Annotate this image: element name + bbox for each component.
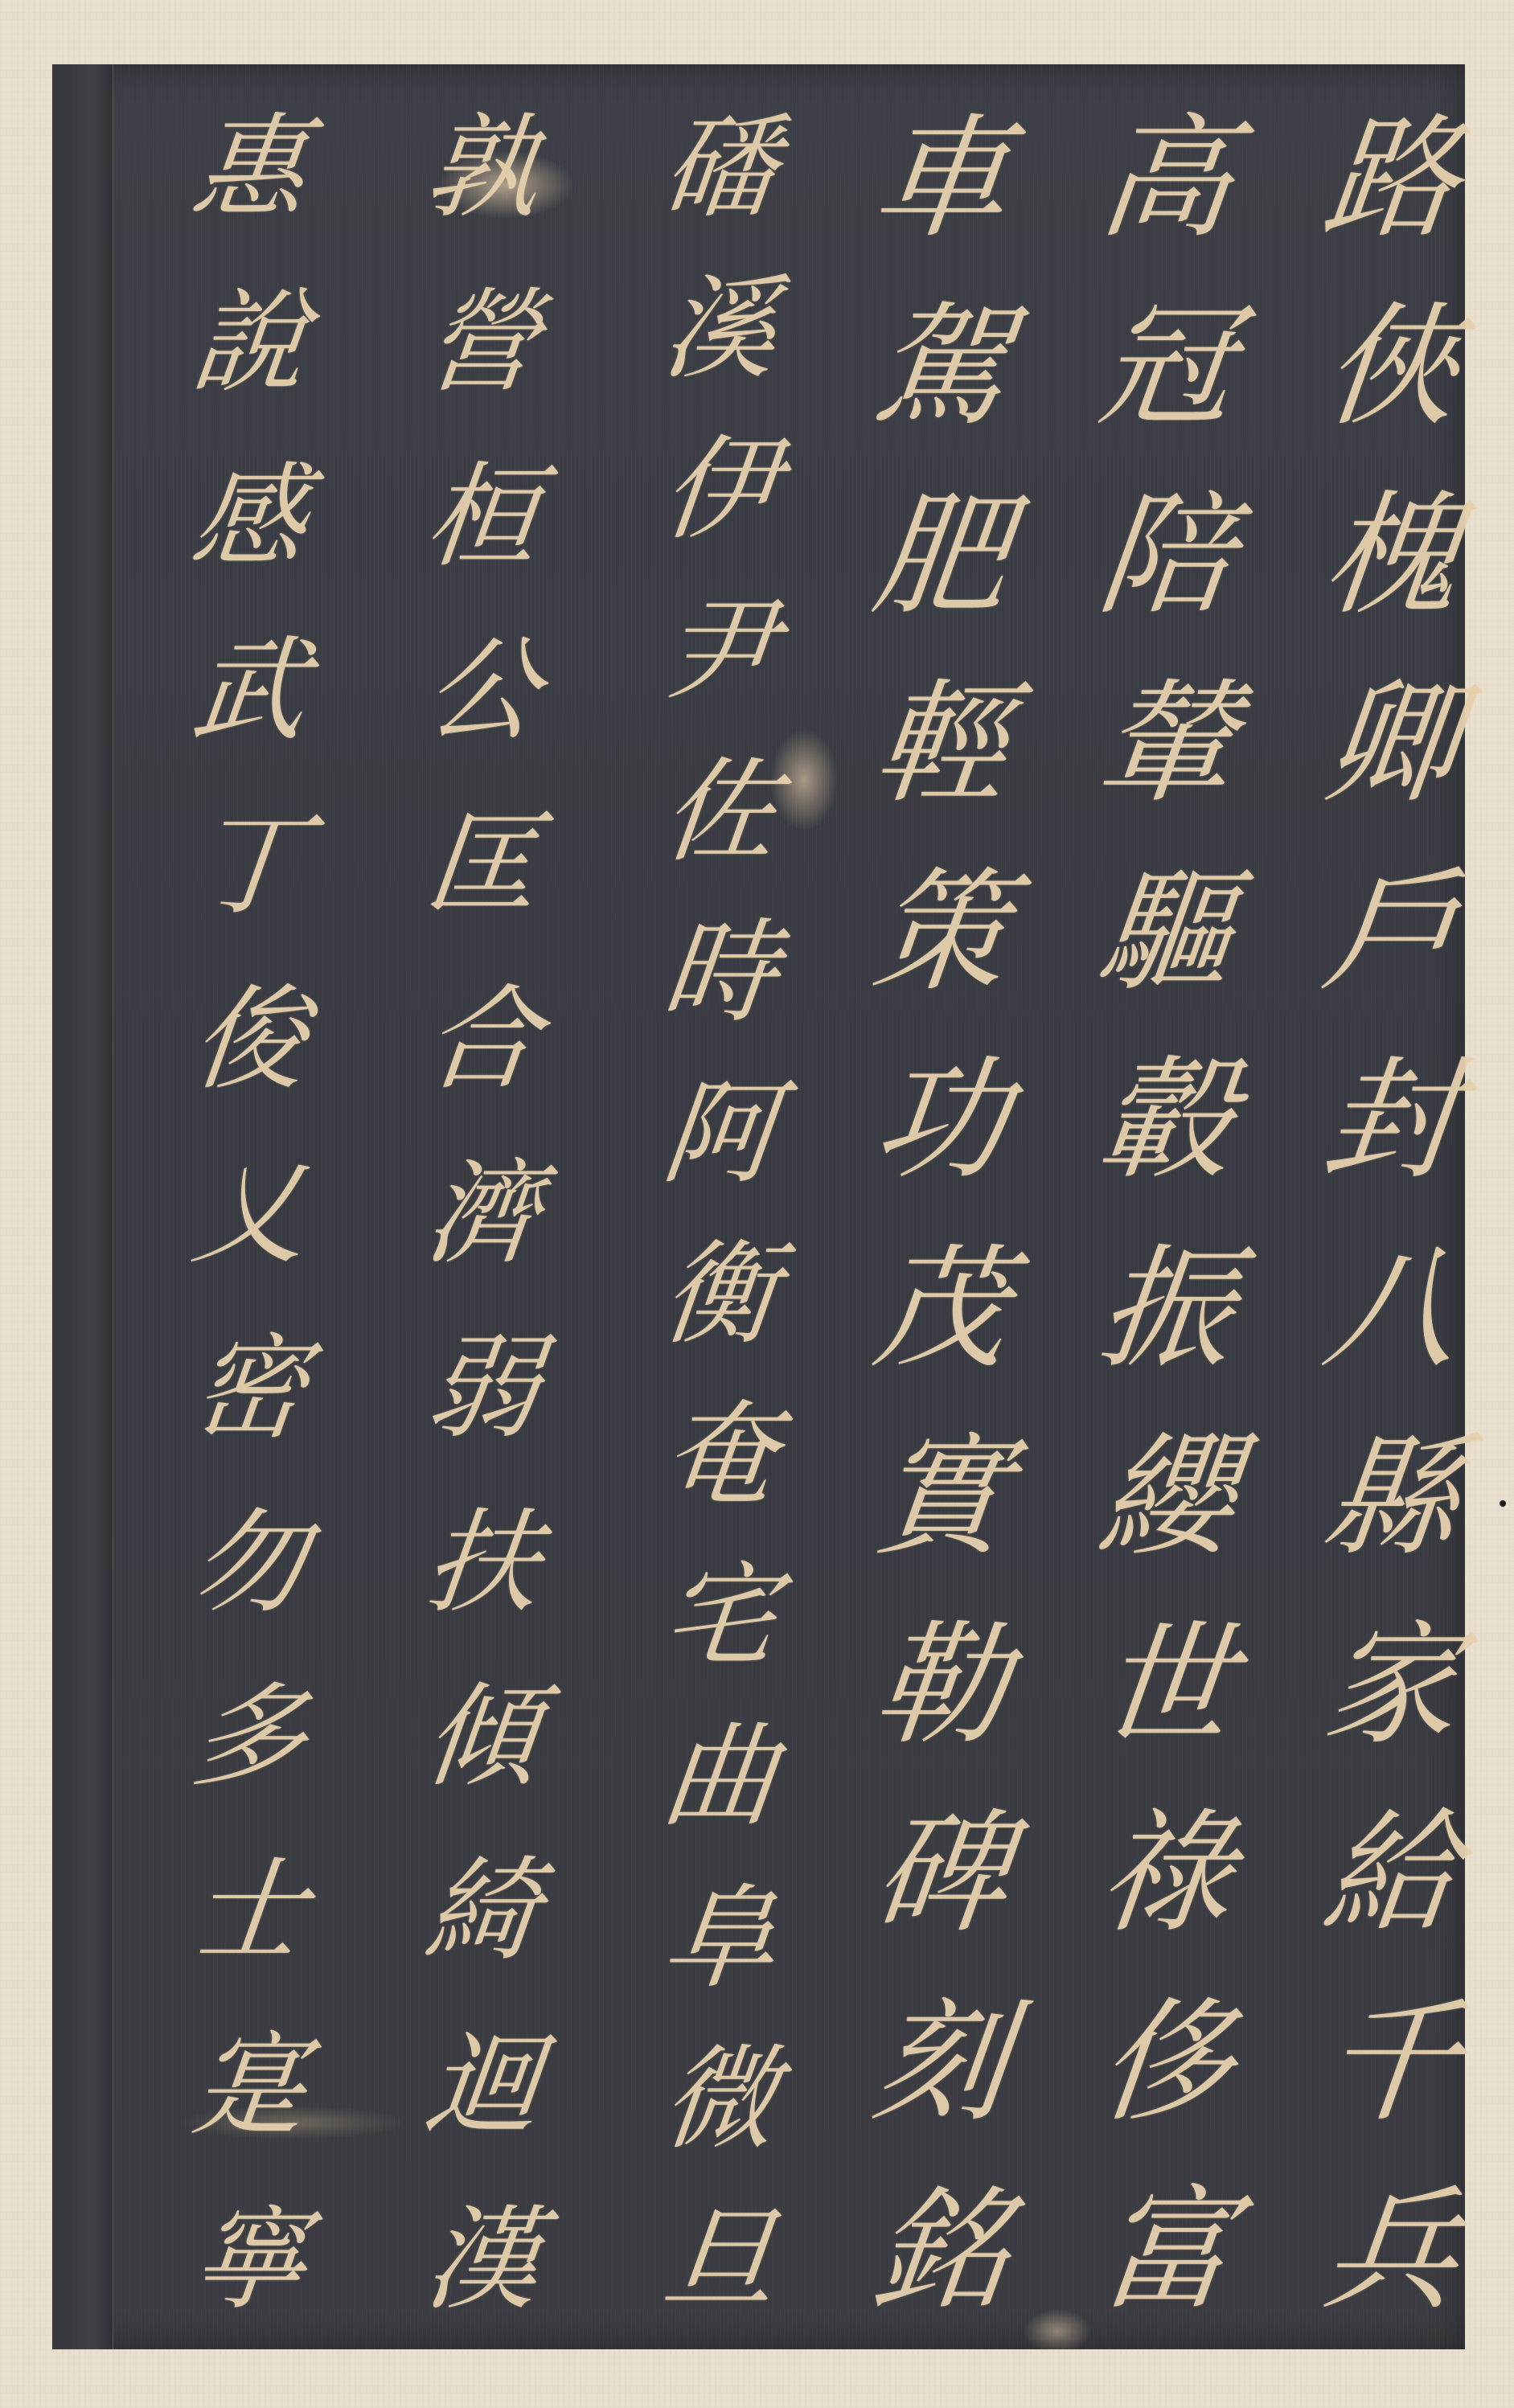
calligraphy-character: 家: [1318, 1619, 1464, 1752]
calligraphy-character: 綺: [421, 1856, 545, 1968]
calligraphy-character: 宅: [658, 1561, 782, 1673]
calligraphy-character: 車: [868, 113, 1014, 245]
calligraphy-character: 匡: [421, 810, 545, 922]
calligraphy-character: 千: [1318, 1996, 1464, 2129]
calligraphy-character: 勿: [187, 1508, 312, 1620]
calligraphy-character: 俊: [187, 984, 312, 1097]
calligraphy-character: 桓: [421, 461, 545, 574]
text-column-2: 高冠陪輦驅轂振纓世祿侈富: [1089, 64, 1242, 2349]
calligraphy-character: 給: [1318, 1807, 1464, 1940]
calligraphy-character: 濟: [421, 1159, 545, 1271]
calligraphy-character: 輕: [868, 678, 1014, 810]
calligraphy-character: 漢: [421, 2205, 545, 2317]
calligraphy-character: 乂: [187, 1159, 312, 1271]
calligraphy-character: 磻: [658, 113, 782, 225]
calligraphy-character: 勒: [868, 1619, 1014, 1752]
calligraphy-character: 驅: [1093, 866, 1239, 999]
calligraphy-character: 微: [658, 2044, 782, 2156]
calligraphy-character: 寔: [187, 2030, 312, 2143]
text-column-4: 磻溪伊尹佐時阿衡奄宅曲阜微旦: [643, 64, 796, 2349]
calligraphy-character: 高: [1093, 113, 1239, 245]
calligraphy-character: 振: [1093, 1243, 1239, 1376]
text-column-3: 車駕肥輕策功茂實勒碑刻銘: [864, 64, 1017, 2349]
calligraphy-character: 感: [187, 461, 312, 574]
calligraphy-character: 俠: [1318, 301, 1464, 433]
calligraphy-character: 祿: [1093, 1807, 1239, 1940]
rubbing-sheet: 路俠槐卿戶封八縣家給千兵 高冠陪輦驅轂振纓世祿侈富 車駕肥輕策功茂實勒碑刻銘 磻…: [52, 64, 1465, 2349]
calligraphy-character: 奄: [658, 1400, 782, 1512]
calligraphy-character: 合: [421, 984, 545, 1097]
calligraphy-character: 駕: [868, 301, 1014, 433]
text-column-6: 惠說感武丁俊乂密勿多士寔寧: [173, 64, 326, 2349]
calligraphy-character: 陪: [1093, 490, 1239, 622]
calligraphy-character: 富: [1093, 2184, 1239, 2317]
calligraphy-character: 迴: [421, 2030, 545, 2143]
calligraphy-character: 策: [868, 866, 1014, 999]
calligraphy-character: 縣: [1318, 1431, 1464, 1564]
calligraphy-character: 說: [187, 287, 312, 400]
ink-dot-margin: [1500, 1500, 1506, 1507]
calligraphy-character: 扶: [421, 1508, 545, 1620]
calligraphy-character: 衡: [658, 1239, 782, 1352]
calligraphy-character: 弱: [421, 1333, 545, 1446]
calligraphy-character: 世: [1093, 1619, 1239, 1752]
calligraphy-character: 阿: [658, 1078, 782, 1191]
calligraphy-character: 營: [421, 287, 545, 400]
calligraphy-character: 戶: [1318, 866, 1464, 999]
calligraphy-character: 旦: [658, 2205, 782, 2317]
text-column-5: 孰營桓公匡合濟弱扶傾綺迴漢: [406, 64, 559, 2349]
calligraphy-character: 寧: [187, 2205, 312, 2317]
calligraphy-character: 孰: [421, 113, 545, 225]
calligraphy-character: 密: [187, 1333, 312, 1446]
calligraphy-character: 封: [1318, 1054, 1464, 1187]
calligraphy-character: 路: [1318, 113, 1464, 245]
calligraphy-character: 刻: [868, 1996, 1014, 2129]
calligraphy-character: 卿: [1318, 678, 1464, 810]
calligraphy-character: 傾: [421, 1681, 545, 1794]
calligraphy-character: 功: [868, 1054, 1014, 1187]
calligraphy-character: 曲: [658, 1721, 782, 1834]
calligraphy-character: 伊: [658, 434, 782, 547]
calligraphy-character: 侈: [1093, 1996, 1239, 2129]
calligraphy-character: 茂: [868, 1243, 1014, 1376]
calligraphy-character: 槐: [1318, 490, 1464, 622]
calligraphy-character: 丁: [187, 810, 312, 922]
calligraphy-character: 武: [187, 635, 312, 748]
text-column-1: 路俠槐卿戶封八縣家給千兵: [1315, 64, 1467, 2349]
calligraphy-character: 肥: [868, 490, 1014, 622]
calligraphy-character: 兵: [1318, 2184, 1464, 2317]
calligraphy-character: 輦: [1093, 678, 1239, 810]
calligraphy-character: 士: [187, 1856, 312, 1968]
calligraphy-character: 惠: [187, 113, 312, 225]
calligraphy-character: 銘: [868, 2184, 1014, 2317]
calligraphy-character: 溪: [658, 273, 782, 386]
calligraphy-character: 冠: [1093, 301, 1239, 433]
calligraphy-character: 時: [658, 917, 782, 1030]
calligraphy-character: 多: [187, 1681, 312, 1794]
calligraphy-character: 實: [868, 1431, 1014, 1564]
calligraphy-character: 尹: [658, 595, 782, 708]
calligraphy-character: 轂: [1093, 1054, 1239, 1187]
calligraphy-character: 纓: [1093, 1431, 1239, 1564]
calligraphy-character: 阜: [658, 1883, 782, 1996]
calligraphy-character: 公: [421, 635, 545, 748]
calligraphy-character: 碑: [868, 1807, 1014, 1940]
calligraphy-character: 八: [1318, 1243, 1464, 1376]
calligraphy-character: 佐: [658, 757, 782, 869]
